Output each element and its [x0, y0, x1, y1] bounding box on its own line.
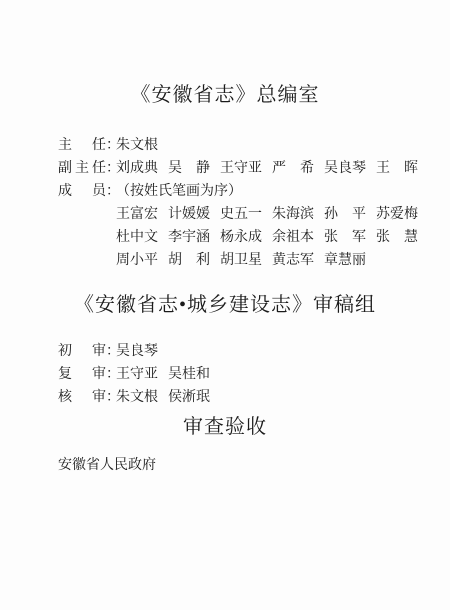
person-name: 周小平: [116, 249, 158, 272]
person-name: 苏爱梅: [376, 203, 418, 226]
person-name: 杜中文: [116, 226, 158, 249]
colon: ：: [106, 340, 116, 363]
colon: ：: [106, 157, 116, 180]
section2-title: 《安徽省志•城乡建设志》审稿组: [0, 294, 450, 316]
person-name: 孙 平: [324, 203, 366, 226]
person-name: 王 晖: [376, 157, 418, 180]
row-label-char: 核: [58, 386, 72, 409]
colon: ：: [106, 363, 116, 386]
member-row: 王富宏计媛媛史五一朱海滨孙 平苏爱梅: [58, 203, 450, 226]
person-name: 吴桂和: [168, 363, 210, 386]
section2-staff-list: 初审：吴良琴 复审：王守亚吴桂和 核审：朱文根侯淅珉: [0, 340, 450, 409]
name-list: （按姓氏笔画为序）: [116, 180, 242, 203]
name-list: 周小平胡 利胡卫星黄志军章慧丽: [116, 249, 366, 272]
person-name: 王守亚: [220, 157, 262, 180]
member-row: 杜中文李宇涵杨永成余祖本张 军张 慧: [58, 226, 450, 249]
person-name: 李宇涵: [168, 226, 210, 249]
person-name: 朱海滨: [272, 203, 314, 226]
staff-row-final-review: 核审：朱文根侯淅珉: [58, 386, 450, 409]
person-name: 吴良琴: [324, 157, 366, 180]
person-name: 胡卫星: [220, 249, 262, 272]
staff-row-deputy-directors: 副主任：刘成典吴 静王守亚严 希吴良琴王 晖: [58, 157, 450, 180]
name-list: 刘成典吴 静王守亚严 希吴良琴王 晖: [116, 157, 418, 180]
person-name: 吴 静: [168, 157, 210, 180]
person-name: 胡 利: [168, 249, 210, 272]
row-label-char: 任: [92, 157, 106, 180]
row-label-char: 初: [58, 340, 72, 363]
person-name: 黄志军: [272, 249, 314, 272]
row-label: 成员: [58, 180, 106, 203]
member-row: 周小平胡 利胡卫星黄志军章慧丽: [58, 249, 450, 272]
person-name: 余祖本: [272, 226, 314, 249]
name-list: 朱文根: [116, 134, 158, 157]
colon: ：: [106, 134, 116, 157]
row-label-char: 副: [58, 157, 72, 180]
person-name: 王守亚: [116, 363, 158, 386]
row-label-char: 审: [92, 340, 106, 363]
person-name: 吴良琴: [116, 340, 158, 363]
row-label-char: 成: [58, 180, 72, 203]
person-name: 朱文根: [116, 134, 158, 157]
row-label: 主任: [58, 134, 106, 157]
row-label-char: 复: [58, 363, 72, 386]
row-label-char: 员: [92, 180, 106, 203]
person-name: 张 慧: [376, 226, 418, 249]
section1-title: 《安徽省志》总编室: [0, 84, 450, 106]
name-list: 王守亚吴桂和: [116, 363, 210, 386]
section1-staff-list: 主任：朱文根 副主任：刘成典吴 静王守亚严 希吴良琴王 晖 成员：（按姓氏笔画为…: [0, 134, 450, 272]
members-sort-note: （按姓氏笔画为序）: [116, 180, 242, 203]
section3-title: 审查验收: [0, 416, 450, 438]
row-label-char: 任: [92, 134, 106, 157]
staff-row-first-review: 初审：吴良琴: [58, 340, 450, 363]
colon: ：: [106, 180, 116, 203]
staff-row-second-review: 复审：王守亚吴桂和: [58, 363, 450, 386]
person-name: 章慧丽: [324, 249, 366, 272]
name-list: 朱文根侯淅珉: [116, 386, 210, 409]
row-label: 核审: [58, 386, 106, 409]
document-page: 《安徽省志》总编室 主任：朱文根 副主任：刘成典吴 静王守亚严 希吴良琴王 晖 …: [0, 0, 450, 610]
person-name: 朱文根: [116, 386, 158, 409]
row-label-char: 审: [92, 386, 106, 409]
person-name: 侯淅珉: [168, 386, 210, 409]
staff-row-members-header: 成员：（按姓氏笔画为序）: [58, 180, 450, 203]
colon: ：: [106, 386, 116, 409]
name-list: 杜中文李宇涵杨永成余祖本张 军张 慧: [116, 226, 418, 249]
name-list: 王富宏计媛媛史五一朱海滨孙 平苏爱梅: [116, 203, 418, 226]
row-label: 初审: [58, 340, 106, 363]
person-name: 史五一: [220, 203, 262, 226]
person-name: 计媛媛: [168, 203, 210, 226]
person-name: 严 希: [272, 157, 314, 180]
row-label: 复审: [58, 363, 106, 386]
row-label-char: 主: [75, 157, 89, 180]
person-name: 杨永成: [220, 226, 262, 249]
staff-row-director: 主任：朱文根: [58, 134, 450, 157]
approving-organization: 安徽省人民政府: [0, 455, 450, 477]
row-label-char: 审: [92, 363, 106, 386]
row-label: 副主任: [58, 157, 106, 180]
person-name: 王富宏: [116, 203, 158, 226]
row-label-char: 主: [58, 134, 72, 157]
person-name: 张 军: [324, 226, 366, 249]
name-list: 吴良琴: [116, 340, 158, 363]
person-name: 刘成典: [116, 157, 158, 180]
